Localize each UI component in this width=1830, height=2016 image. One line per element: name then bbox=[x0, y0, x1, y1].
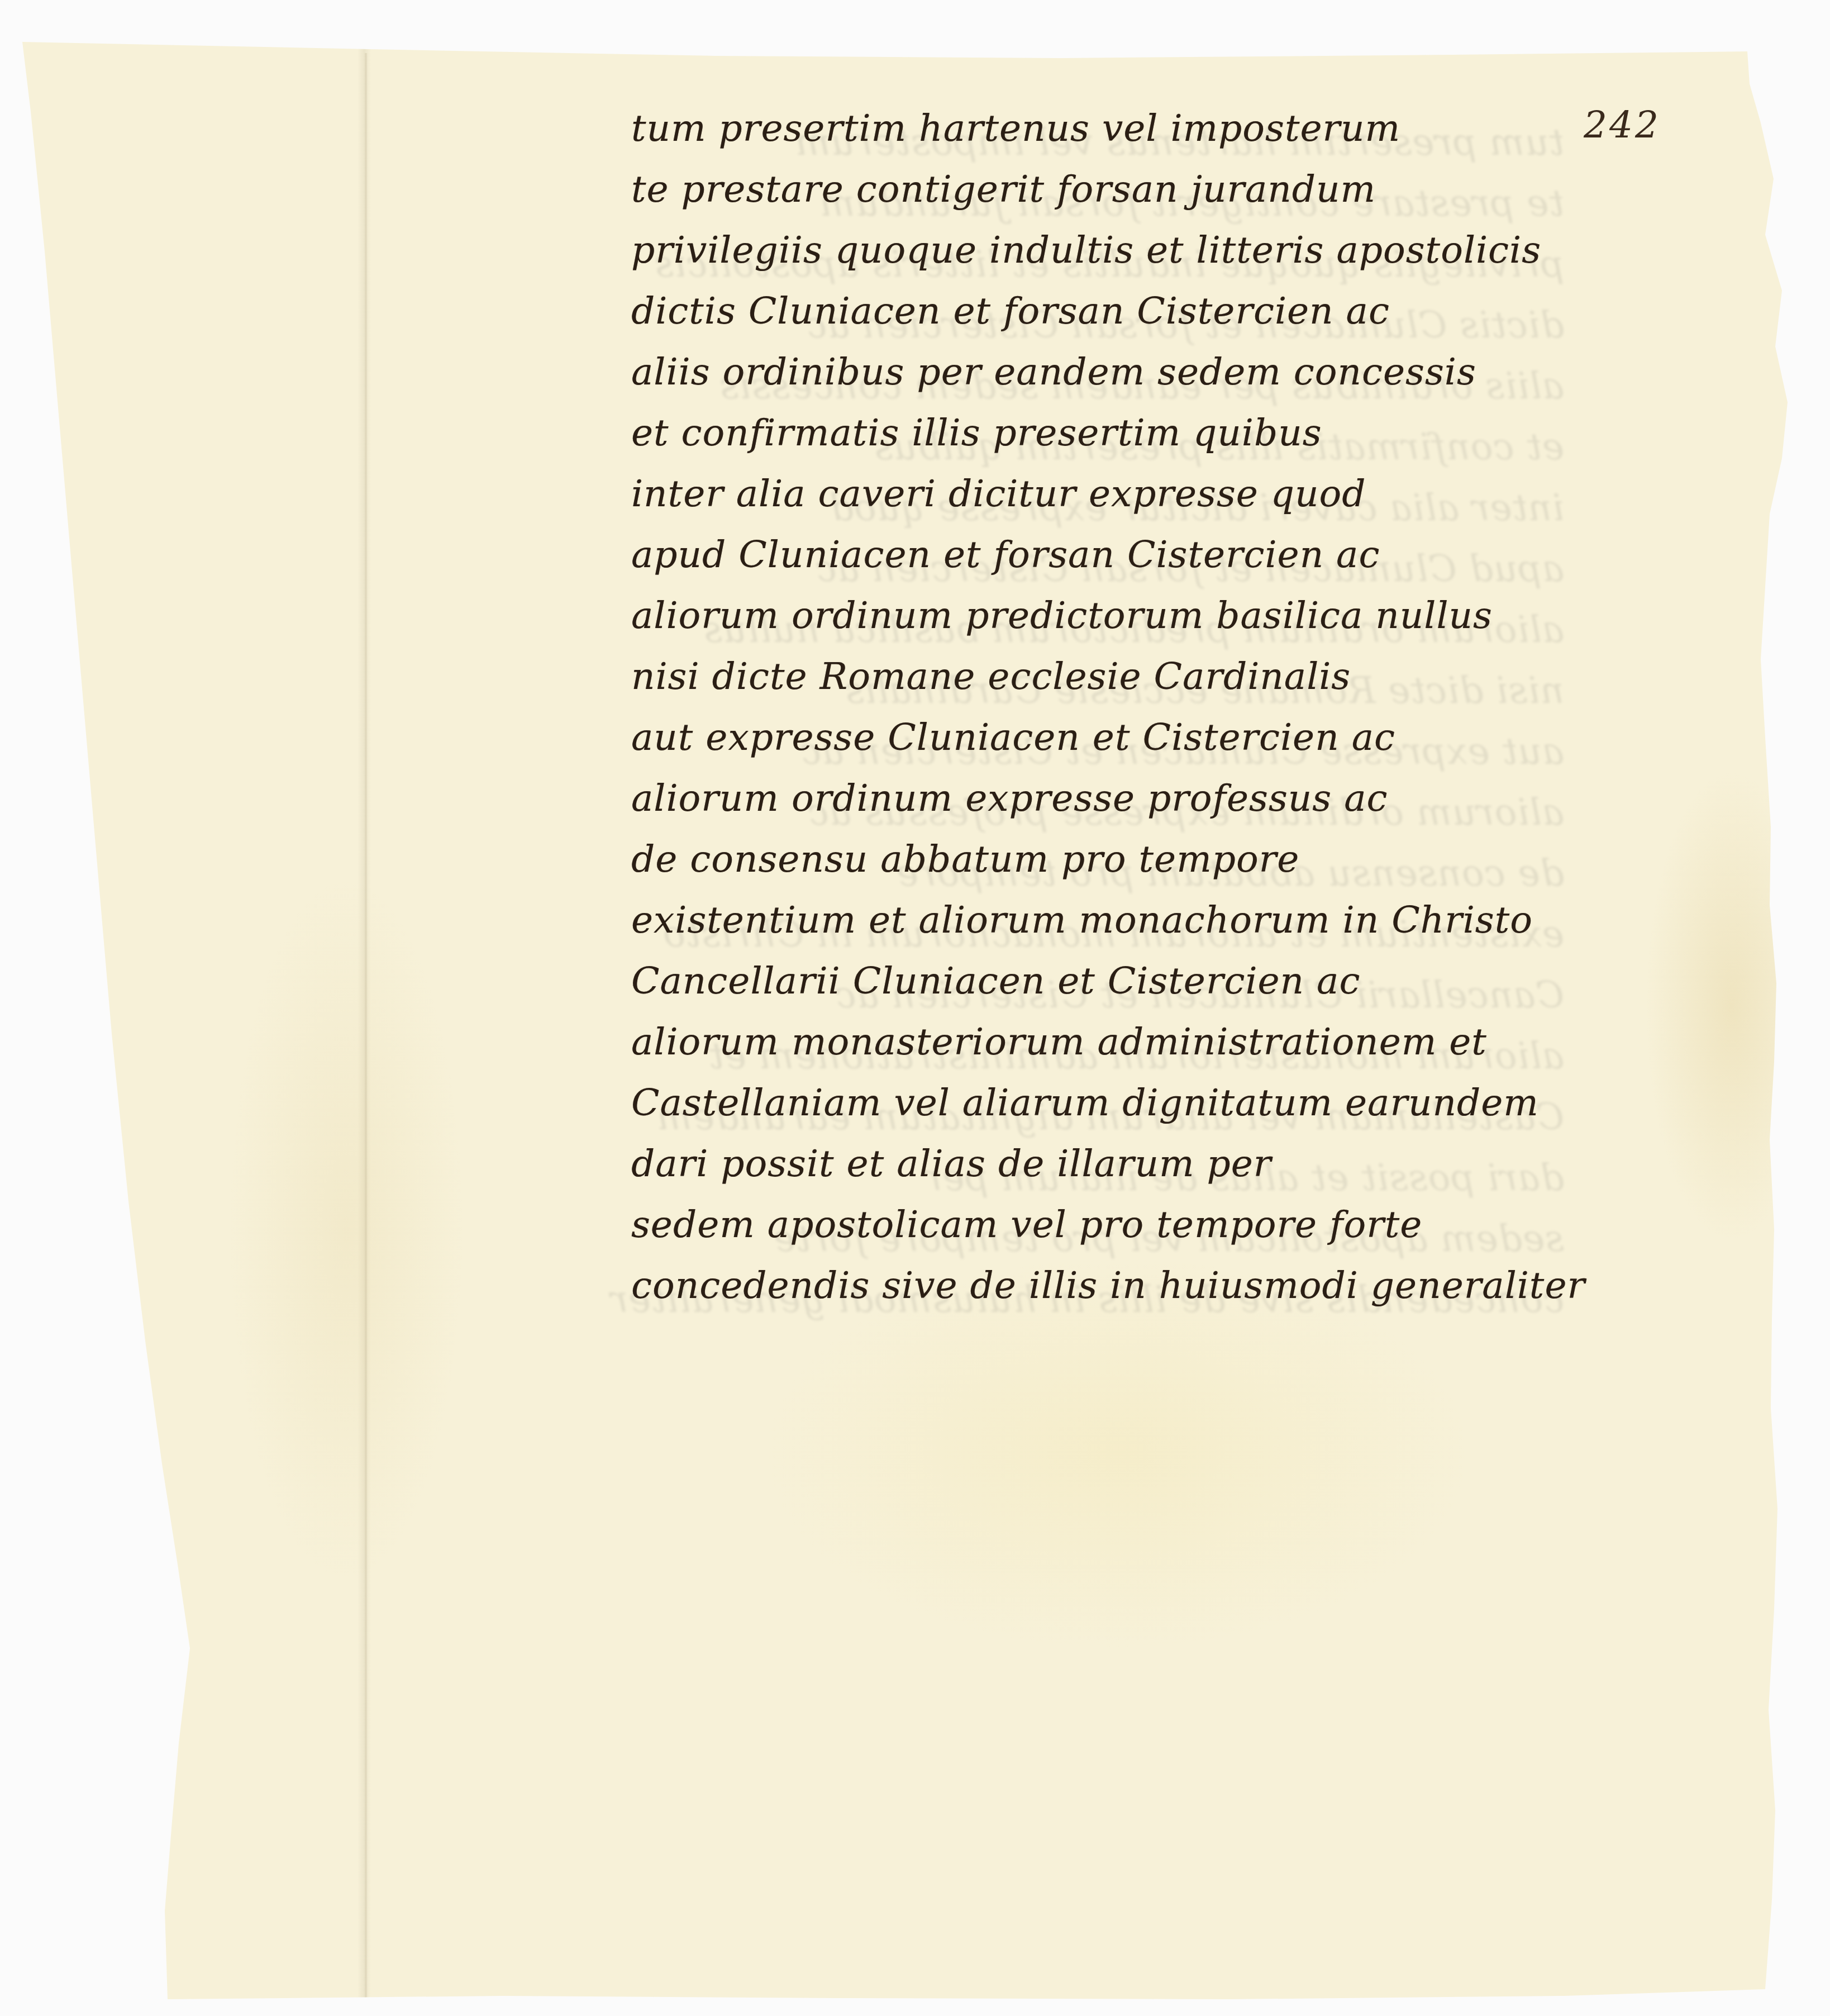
text-line: sedem apostolicam vel pro tempore forte bbox=[631, 1194, 1536, 1255]
manuscript-text-block: tum presertim hartenus vel imposterum te… bbox=[631, 98, 1536, 1316]
text-line: apud Cluniacen et forsan Cistercien ac bbox=[631, 524, 1536, 585]
text-line: te prestare contigerit forsan jurandum bbox=[631, 159, 1536, 220]
text-line: aliis ordinibus per eandem sedem concess… bbox=[631, 341, 1536, 402]
text-line: tum presertim hartenus vel imposterum bbox=[631, 98, 1536, 159]
page-fold-crease bbox=[364, 53, 368, 1998]
text-line: aut expresse Cluniacen et Cistercien ac bbox=[631, 707, 1536, 768]
text-line: et confirmatis illis presertim quibus bbox=[631, 402, 1536, 463]
text-line: aliorum ordinum expresse professus ac bbox=[631, 768, 1536, 829]
text-line: privilegiis quoque indultis et litteris … bbox=[631, 220, 1536, 280]
text-line: Cancellarii Cluniacen et Cistercien ac bbox=[631, 950, 1536, 1011]
text-line: nisi dicte Romane ecclesie Cardinalis bbox=[631, 646, 1536, 707]
text-line: aliorum monasteriorum administrationem e… bbox=[631, 1011, 1536, 1072]
text-line: dictis Cluniacen et forsan Cistercien ac bbox=[631, 280, 1536, 341]
text-line: dari possit et alias de illarum per bbox=[631, 1133, 1536, 1194]
text-line: existentium et aliorum monachorum in Chr… bbox=[631, 890, 1536, 950]
text-line: inter alia caveri dicitur expresse quod bbox=[631, 463, 1536, 524]
text-line: aliorum ordinum predictorum basilica nul… bbox=[631, 585, 1536, 646]
text-line: concedendis sive de illis in huiusmodi g… bbox=[631, 1255, 1536, 1316]
manuscript-page: tum presertim hartenus vel imposterum te… bbox=[0, 0, 1830, 2016]
text-line: Castellaniam vel aliarum dignitatum earu… bbox=[631, 1072, 1536, 1133]
text-line: de consensu abbatum pro tempore bbox=[631, 829, 1536, 890]
folio-number: 242 bbox=[1584, 103, 1661, 146]
